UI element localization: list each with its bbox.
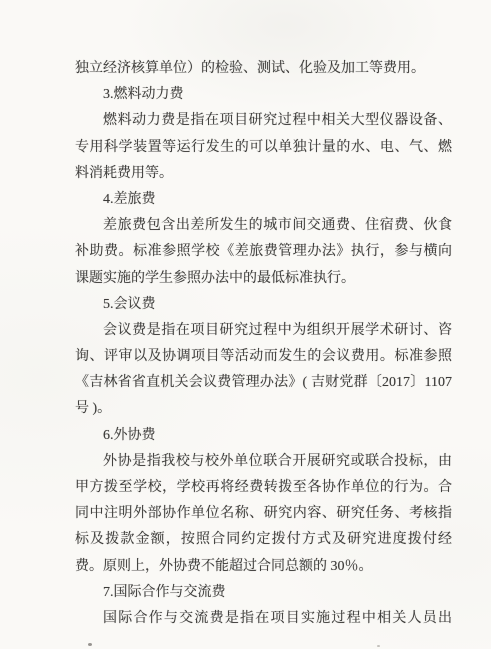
scan-speck — [377, 645, 380, 647]
body-line: 甲方拨至学校，学校再将经费转拨至各协作单位的行为。合 — [75, 475, 452, 501]
section-heading: 7.国际合作与交流费 — [75, 580, 452, 606]
document-text: 独立经济核算单位）的检验、测试、化验及加工等费用。3.燃料动力费燃料动力费是指在… — [75, 56, 452, 632]
body-line: 差旅费包含出差所发生的城市间交通费、住宿费、伙食 — [75, 213, 452, 239]
body-line: 国际合作与交流费是指在项目实施过程中相关人员出 — [75, 606, 452, 632]
body-line: 会议费是指在项目研究过程中为组织开展学术研讨、咨 — [75, 318, 452, 344]
body-line: 补助费。标准参照学校《差旅费管理办法》执行，参与横向 — [75, 239, 452, 265]
body-line: 费。原则上，外协费不能超过合同总额的 30％。 — [75, 554, 452, 580]
section-heading: 4.差旅费 — [75, 187, 452, 213]
body-line: 同中注明外部协作单位名称、研究内容、研究任务、考核指 — [75, 501, 452, 527]
body-line: 外协是指我校与校外单位联合开展研究或联合投标，由 — [75, 449, 452, 475]
body-line: 询、评审以及协调项目等活动而发生的会议费用。标准参照 — [75, 344, 452, 370]
body-line: 独立经济核算单位）的检验、测试、化验及加工等费用。 — [75, 56, 452, 82]
document-page: 独立经济核算单位）的检验、测试、化验及加工等费用。3.燃料动力费燃料动力费是指在… — [0, 0, 491, 649]
scan-speck — [88, 643, 92, 646]
body-line: 《吉林省省直机关会议费管理办法》( 吉财党群〔2017〕1107 — [75, 370, 452, 396]
body-line: 燃料动力费是指在项目研究过程中相关大型仪器设备、 — [75, 108, 452, 134]
body-line: 号 )。 — [75, 396, 452, 422]
body-line: 标及拨款金额，按照合同约定拨付方式及研究进度拨付经 — [75, 527, 452, 553]
body-line: 课题实施的学生参照办法中的最低标准执行。 — [75, 266, 452, 292]
section-heading: 5.会议费 — [75, 292, 452, 318]
body-line: 专用科学装置等运行发生的可以单独计量的水、电、气、燃 — [75, 135, 452, 161]
section-heading: 6.外协费 — [75, 423, 452, 449]
body-line: 料消耗费用等。 — [75, 161, 452, 187]
section-heading: 3.燃料动力费 — [75, 82, 452, 108]
